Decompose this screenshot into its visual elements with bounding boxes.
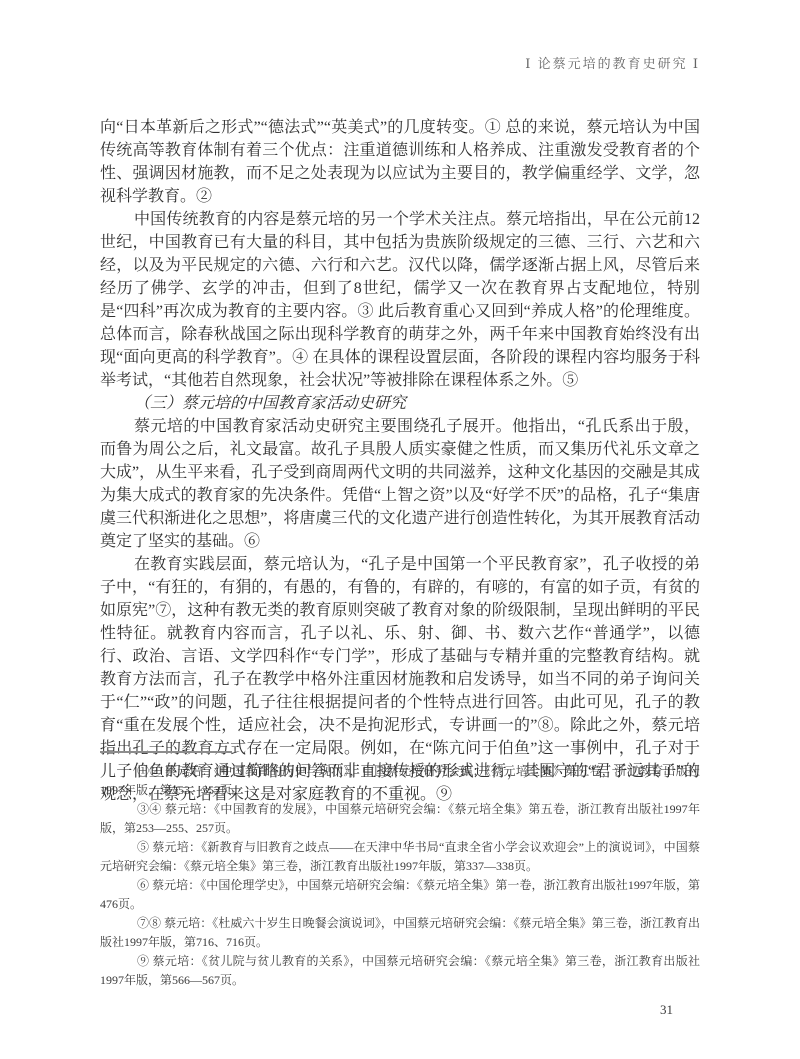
- footnote-divider: [100, 751, 232, 753]
- main-text: 向“日本革新后之形式”“德法式”“英美式”的几度转变。① 总的来说，蔡元培认为中…: [100, 116, 700, 806]
- body-paragraph: 向“日本革新后之形式”“德法式”“英美式”的几度转变。① 总的来说，蔡元培认为中…: [100, 116, 700, 208]
- footnote: ⑦⑧ 蔡元培：《杜威六十岁生日晚餐会演说词》，中国蔡元培研究会编：《蔡元培全集》…: [100, 914, 700, 952]
- footnote: ③④ 蔡元培：《中国教育的发展》，中国蔡元培研究会编：《蔡元培全集》第五卷，浙江…: [100, 800, 700, 838]
- section-heading: （三）蔡元培的中国教育家活动史研究: [100, 392, 700, 415]
- running-header: Ⅰ 论蔡元培的教育史研究 Ⅰ: [100, 53, 700, 72]
- body-paragraph: 中国传统教育的内容是蔡元培的另一个学术关注点。蔡元培指出，早在公元前12世纪，中…: [100, 208, 700, 392]
- footnote: ⑤ 蔡元培：《新教育与旧教育之歧点——在天津中华书局“直隶全省小学会议欢迎会”上…: [100, 838, 700, 876]
- page-number: 31: [660, 1002, 673, 1018]
- body-paragraph: 蔡元培的中国教育家活动史研究主要围绕孔子展开。他指出，“孔氏系出于殷，而鲁为周公…: [100, 415, 700, 553]
- book-page: Ⅰ 论蔡元培的教育史研究 Ⅰ 向“日本革新后之形式”“德法式”“英美式”的几度转…: [0, 0, 800, 1059]
- footnotes-section: ①② 蔡元培：《中国教育的历史与现状》，中国蔡元培研究会编：《蔡元培全集》第五卷…: [100, 751, 700, 990]
- footnote: ⑨ 蔡元培：《贫儿院与贫儿教育的关系》，中国蔡元培研究会编：《蔡元培全集》第三卷…: [100, 952, 700, 990]
- footnote: ⑥ 蔡元培：《中国伦理学史》，中国蔡元培研究会编：《蔡元培全集》第一卷，浙江教育…: [100, 876, 700, 914]
- footnote: ①② 蔡元培：《中国教育的历史与现状》，中国蔡元培研究会编：《蔡元培全集》第五卷…: [100, 762, 700, 800]
